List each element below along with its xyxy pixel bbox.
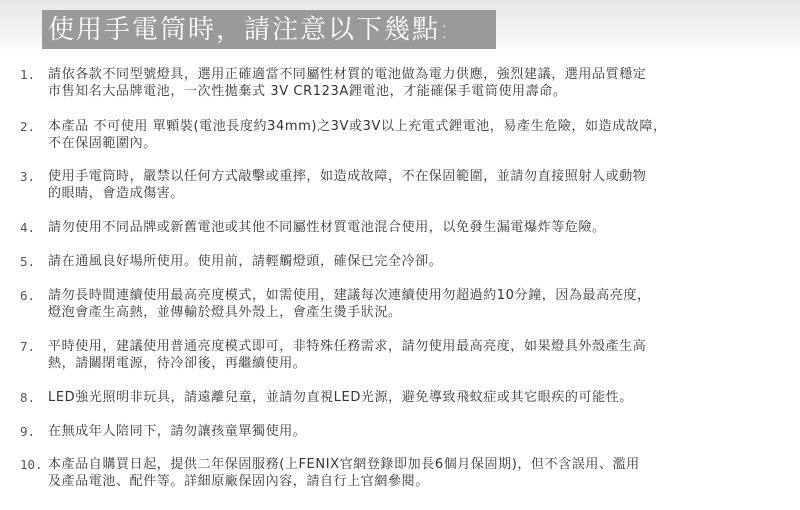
title-banner: 使用手電筒時，請注意以下幾點:	[42, 10, 496, 49]
item-number: 7.	[20, 338, 48, 355]
item-text-line: 的眼睛，會造成傷害。	[48, 185, 780, 202]
list-item: 9. 在無成年人陪同下，請勿讓孩童單獨使用。	[20, 423, 780, 440]
item-number: 2.	[20, 118, 48, 135]
list-item: 10. 本產品自購買日起，提供二年保固服務(上FENIX官網登錄即加長6個月保固…	[20, 456, 780, 490]
item-number: 5.	[20, 253, 48, 270]
list-item: 5. 請在通風良好場所使用。使用前，請輕觸燈頭，確保已完全冷卻。	[20, 253, 780, 270]
list-item: 6. 請勿長時間連續使用最高亮度模式，如需使用，建議每次連續使用勿超過約10分鐘…	[20, 287, 780, 321]
item-text-line: 請勿使用不同品牌或新舊電池或其他不同屬性材質電池混合使用，以免發生漏電爆炸等危險…	[48, 219, 780, 236]
list-item: 2. 本產品 不可使用 單顆裝(電池長度約34mm)之3V或3V以上充電式鋰電池…	[20, 118, 780, 152]
item-text-line: 請在通風良好場所使用。使用前，請輕觸燈頭，確保已完全冷卻。	[48, 253, 780, 270]
item-text-line: 不在保固範圍內。	[48, 135, 780, 152]
safety-notice-page: 使用手電筒時，請注意以下幾點: 1. 請依各款不同型號燈具，選用正確適當不同屬性…	[0, 0, 800, 510]
item-text-line: 使用手電筒時，嚴禁以任何方式敲擊或重摔，如造成故障，不在保固範圍，並請勿直接照射…	[48, 168, 780, 185]
item-text-line: 平時使用，建議使用普通亮度模式即可，非特殊任務需求，請勿使用最高亮度，如果燈具外…	[48, 338, 780, 355]
item-text-line: 在無成年人陪同下，請勿讓孩童單獨使用。	[48, 423, 780, 440]
item-text-line: LED強光照明非玩具，請遠離兒童，並請勿直視LED光源，避免導致飛蚊症或其它眼疾…	[48, 389, 780, 406]
item-text-line: 本產品 不可使用 單顆裝(電池長度約34mm)之3V或3V以上充電式鋰電池，易產…	[48, 118, 780, 135]
item-number: 6.	[20, 287, 48, 304]
item-text-line: 請依各款不同型號燈具，選用正確適當不同屬性材質的電池做為電力供應，強烈建議，選用…	[48, 66, 780, 83]
item-text-line: 熱，請關閉電源，待冷卻後，再繼續使用。	[48, 355, 780, 372]
list-item: 8. LED強光照明非玩具，請遠離兒童，並請勿直視LED光源，避免導致飛蚊症或其…	[20, 389, 780, 406]
item-text-line: 及產品電池、配件等。詳細原廠保固內容，請自行上官網參閱。	[48, 473, 780, 490]
list-item: 1. 請依各款不同型號燈具，選用正確適當不同屬性材質的電池做為電力供應，強烈建議…	[20, 66, 780, 100]
page-title: 使用手電筒時，請注意以下幾點:	[48, 17, 451, 43]
list-item: 7. 平時使用，建議使用普通亮度模式即可，非特殊任務需求，請勿使用最高亮度，如果…	[20, 338, 780, 372]
item-text-line: 燈泡會產生高熱，並傳輸於燈具外殼上，會產生燙手狀況。	[48, 304, 780, 321]
item-text-line: 請勿長時間連續使用最高亮度模式，如需使用，建議每次連續使用勿超過約10分鐘，因為…	[48, 287, 780, 304]
item-number: 10.	[20, 456, 48, 473]
item-text-line: 本產品自購買日起，提供二年保固服務(上FENIX官網登錄即加長6個月保固期)，但…	[48, 456, 780, 473]
item-number: 1.	[20, 66, 48, 83]
item-number: 9.	[20, 423, 48, 440]
item-number: 4.	[20, 219, 48, 236]
list-item: 4. 請勿使用不同品牌或新舊電池或其他不同屬性材質電池混合使用，以免發生漏電爆炸…	[20, 219, 780, 236]
list-item: 3. 使用手電筒時，嚴禁以任何方式敲擊或重摔，如造成故障，不在保固範圍，並請勿直…	[20, 168, 780, 202]
item-text-line: 市售知名大品牌電池，一次性拋棄式 3V CR123A鋰電池，才能確保手電筒使用壽…	[48, 83, 780, 100]
item-number: 3.	[20, 168, 48, 185]
item-number: 8.	[20, 389, 48, 406]
